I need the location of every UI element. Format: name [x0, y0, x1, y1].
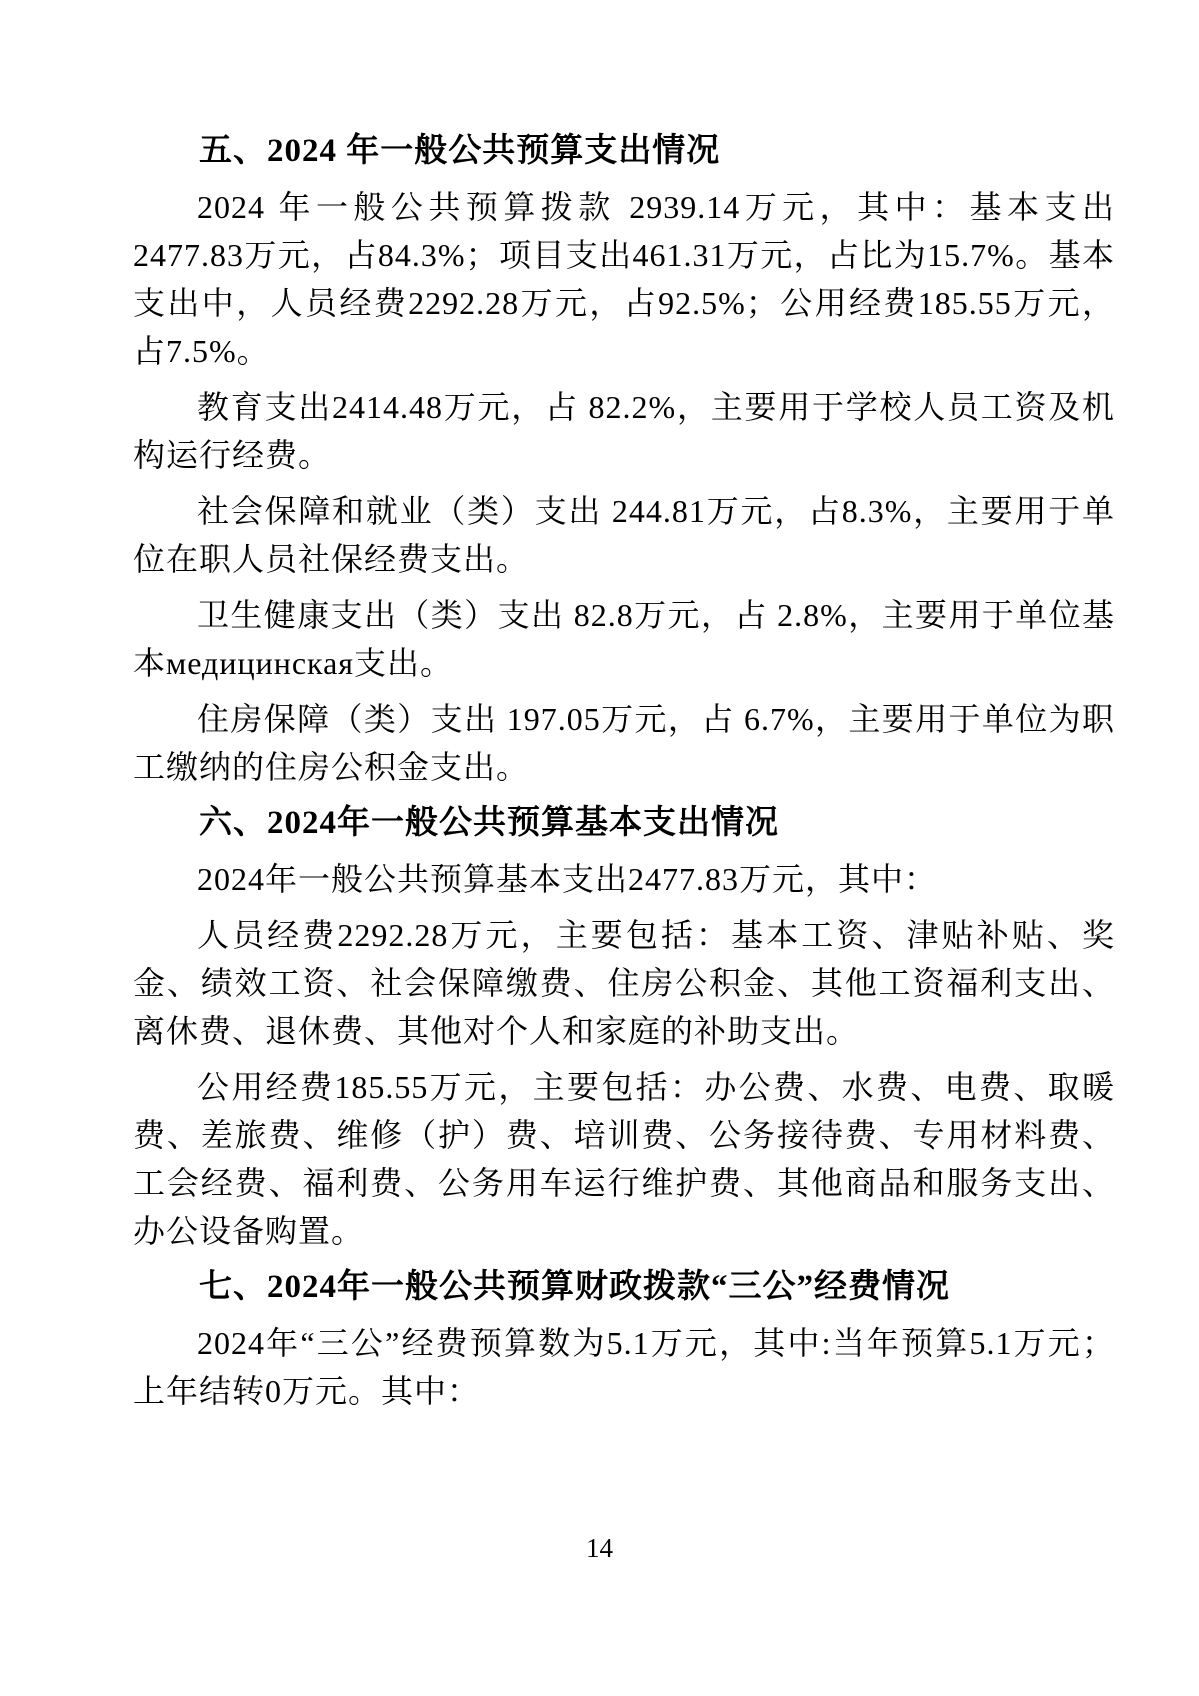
section-7-heading: 七、2024年一般公共预算财政拨款“三公”经费情况 [133, 1263, 1115, 1311]
section-6-paragraph-personnel: 人员经费2292.28万元，主要包括：基本工资、津贴补贴、奖金、绩效工资、社会保… [133, 911, 1115, 1055]
section-5-paragraph-overview: 2024 年一般公共预算拨款 2939.14万元，其中：基本支出2477.83万… [133, 183, 1115, 375]
section-6-paragraph-public-funds: 公用经费185.55万元，主要包括：办公费、水费、电费、取暖费、差旅费、维修（护… [133, 1063, 1115, 1255]
section-5-paragraph-housing: 住房保障（类）支出 197.05万元，占 6.7%，主要用于单位为职工缴纳的住房… [133, 695, 1115, 791]
section-7-paragraph-overview: 2024年“三公”经费预算数为5.1万元，其中:当年预算5.1万元；上年结转0万… [133, 1319, 1115, 1415]
document-page: 五、2024 年一般公共预算支出情况 2024 年一般公共预算拨款 2939.1… [0, 0, 1199, 1696]
section-5-paragraph-health: 卫生健康支出（类）支出 82.8万元，占 2.8%，主要用于单位基本медици… [133, 591, 1115, 687]
page-number: 14 [0, 1528, 1199, 1568]
section-5-paragraph-education: 教育支出2414.48万元，占 82.2%，主要用于学校人员工资及机构运行经费。 [133, 383, 1115, 479]
document-content: 五、2024 年一般公共预算支出情况 2024 年一般公共预算拨款 2939.1… [133, 127, 1115, 1423]
section-5-paragraph-social-security: 社会保障和就业（类）支出 244.81万元，占8.3%，主要用于单位在职人员社保… [133, 487, 1115, 583]
section-5-heading: 五、2024 年一般公共预算支出情况 [133, 127, 1115, 175]
section-6-paragraph-overview: 2024年一般公共预算基本支出2477.83万元，其中： [133, 855, 1115, 903]
section-6-heading: 六、2024年一般公共预算基本支出情况 [133, 799, 1115, 847]
